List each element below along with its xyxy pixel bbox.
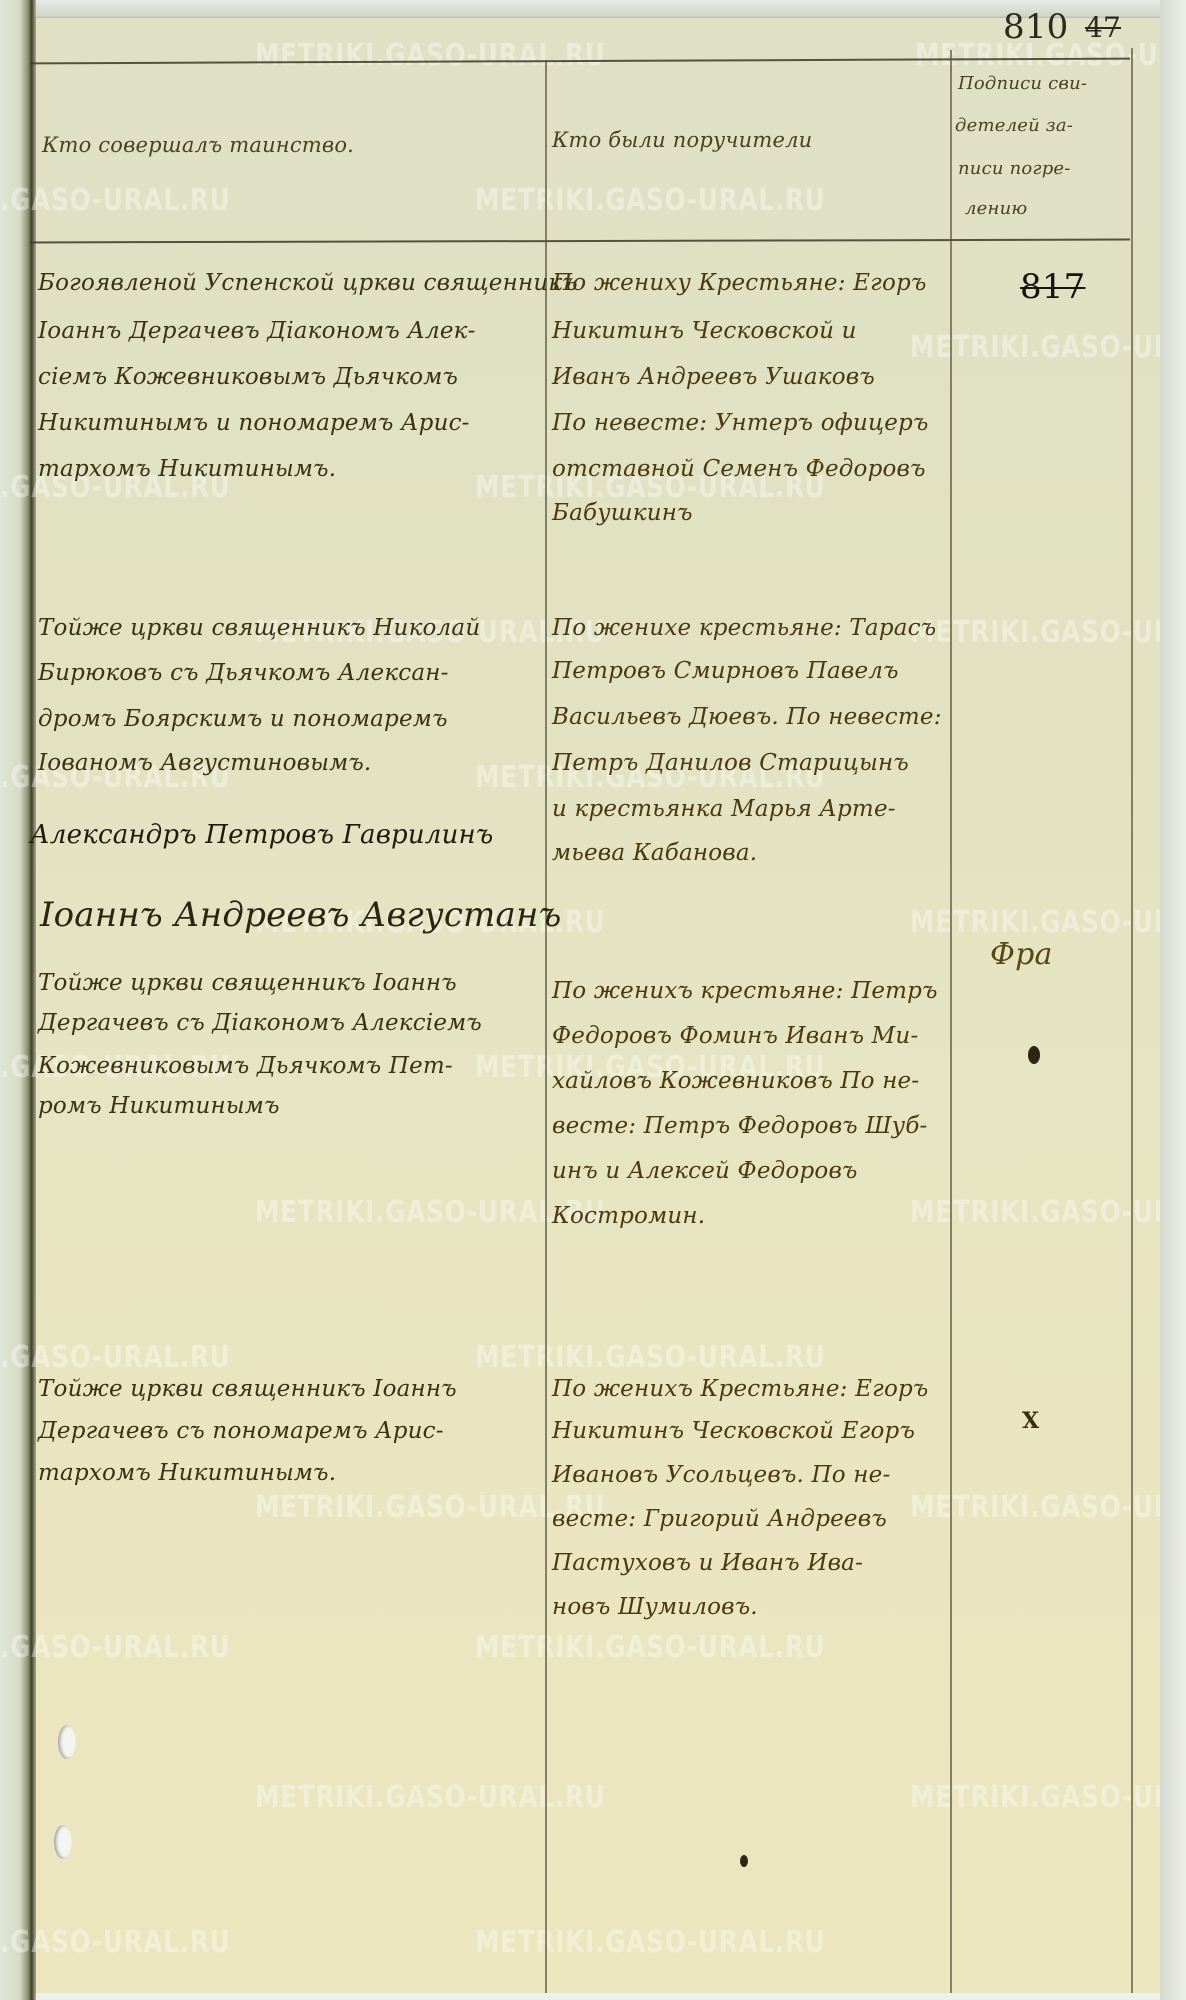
officiant-line: Тойже цркви священникъ Іоаннъ [38, 1378, 457, 1401]
watermark: METRIKI.GASO-URAL.RU [475, 1340, 826, 1375]
officiant-line: дромъ Боярскимъ и пономаремъ [38, 708, 448, 731]
ink-blot [740, 1855, 748, 1867]
column-divider-2 [950, 50, 952, 1995]
sureties-line: Пастуховъ и Иванъ Ива- [552, 1552, 863, 1575]
page-number: 810 [1003, 10, 1069, 44]
officiant-line: Іоаннъ Дергачевъ Діакономъ Алек- [38, 320, 476, 343]
watermark: METRIKI.GASO-URAL.RU [475, 183, 826, 218]
watermark: METRIKI.GASO-URAL.RU [0, 1925, 231, 1960]
officiant-line: тархомъ Никитинымъ. [38, 458, 336, 481]
sureties-line: Петровъ Смирновъ Павелъ [552, 660, 899, 683]
sureties-line: хайловъ Кожевниковъ По не- [552, 1070, 919, 1093]
sureties-line: По женихъ крестьяне: Петръ [552, 980, 938, 1003]
sureties-line: Никитинъ Ческовской Егоръ [552, 1420, 915, 1443]
header-signatures-line: писи погре- [958, 160, 1071, 178]
officiant-line: ромъ Никитинымъ [38, 1095, 280, 1118]
sureties-line: Васильевъ Дюевъ. По невесте: [552, 706, 942, 729]
sureties-line: Петръ Данилов Старицынъ [552, 752, 909, 775]
sureties-line: Иванъ Андреевъ Ушаковъ [552, 366, 875, 389]
header-signatures-line: Подписи сви- [958, 75, 1087, 93]
officiant-line: Іованомъ Августиновымъ. [38, 752, 371, 775]
watermark: METRIKI.GASO-URAL.RU [475, 1630, 826, 1665]
officiant-line: тархомъ Никитинымъ. [38, 1462, 336, 1485]
old-page-number: 47 [1085, 14, 1121, 42]
outside-area [36, 1993, 1186, 2000]
book-binding [0, 0, 36, 2000]
watermark: METRIKI.GASO-URAL.RU [255, 38, 606, 73]
sureties-line: По женихъ Крестьяне: Егоръ [552, 1378, 928, 1401]
column-divider-3 [1131, 48, 1133, 1995]
sureties-line: Никитинъ Ческовской и [552, 320, 857, 343]
column-divider-1 [545, 60, 547, 1995]
sureties-line: весте: Петръ Федоровъ Шуб- [552, 1115, 928, 1138]
officiant-line: Бирюковъ съ Дьячкомъ Алексан- [38, 662, 449, 685]
sureties-line: Костромин. [552, 1205, 705, 1228]
officiant-line: Тойже цркви священникъ Николай [38, 617, 480, 640]
officiant-line: Тойже цркви священникъ Іоаннъ [38, 972, 457, 995]
officiant-line: Дергачевъ съ Діакономъ Алексіемъ [38, 1012, 482, 1035]
binding-hole [54, 1825, 72, 1859]
witness-signature: Фра [990, 940, 1053, 970]
sureties-line: По женихе крестьяне: Тарасъ [552, 617, 936, 640]
header-officiant: Кто совершалъ таинство. [42, 135, 354, 156]
header-sureties: Кто были поручители [552, 130, 812, 151]
ink-blot [1028, 1046, 1040, 1064]
header-signatures-line: детелей за- [955, 117, 1073, 135]
sureties-line: мьева Кабанова. [552, 842, 757, 865]
outside-area [1160, 0, 1186, 2000]
sureties-line: По жениху Крестьяне: Егоръ [552, 272, 926, 295]
officiant-line: Дергачевъ съ пономаремъ Арис- [38, 1420, 444, 1443]
watermark: METRIKI.GASO-URAL.RU [0, 183, 231, 218]
officiant-line: Никитинымъ и пономаремъ Арис- [38, 412, 470, 435]
header-signatures-line: лению [965, 200, 1027, 218]
officiant-line: Кожевниковымъ Дьячкомъ Пет- [38, 1055, 453, 1078]
watermark: METRIKI.GASO-URAL.RU [0, 1630, 231, 1665]
watermark: METRIKI.GASO-URAL.RU [475, 1925, 826, 1960]
sureties-line: новъ Шумиловъ. [552, 1596, 758, 1619]
officiant-line: Богоявленой Успенской цркви священникъ [38, 272, 578, 295]
sureties-line: Федоровъ Фоминъ Иванъ Ми- [552, 1025, 918, 1048]
sureties-line: весте: Григорий Андреевъ [552, 1508, 887, 1531]
record-number-mark: 817 [1020, 270, 1086, 304]
sureties-line: Ивановъ Усольцевъ. По не- [552, 1464, 890, 1487]
signature-line: Александръ Петровъ Гаврилинъ [30, 822, 493, 848]
sureties-line: Бабушкинъ [552, 502, 693, 525]
document-page [36, 18, 1160, 1993]
sureties-line: отставной Семенъ Федоровъ [552, 458, 926, 481]
watermark: METRIKI.GASO-URAL.RU [0, 1340, 231, 1375]
watermark: METRIKI.GASO-URAL.RU [255, 1780, 606, 1815]
sureties-line: инъ и Алексей Федоровъ [552, 1160, 858, 1183]
binding-hole [58, 1725, 76, 1759]
signature-line: Іоаннъ Андреевъ Августанъ [40, 898, 561, 932]
sureties-line: По невесте: Унтеръ офицеръ [552, 412, 928, 435]
sureties-line: и крестьянка Марья Арте- [552, 798, 896, 821]
witness-mark: Х [1022, 1410, 1039, 1432]
officiant-line: сіемъ Кожевниковымъ Дьячкомъ [38, 366, 458, 389]
